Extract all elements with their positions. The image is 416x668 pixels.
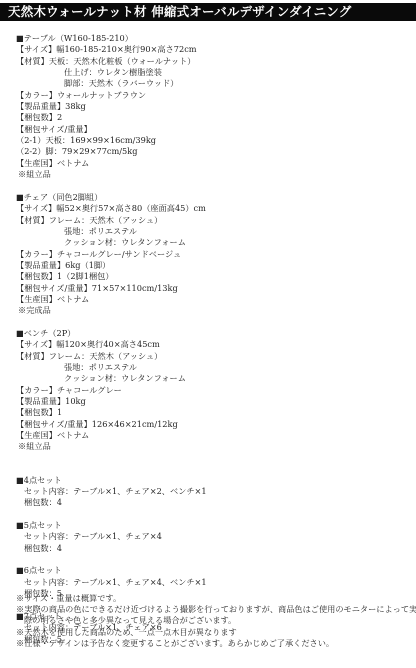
table-pack-1: （2-1）天板：169×99×16cm/39kg	[16, 135, 411, 146]
set-4-section: ■4点セット セット内容：テーブル×1、チェア×2、ベンチ×1 梱包数：4	[16, 475, 411, 509]
table-note: ※組立品	[16, 169, 411, 180]
bench-cushion: クッション材：ウレタンフォーム	[16, 373, 411, 384]
chair-packages: 【梱包数】1（2脚1梱包）	[16, 271, 411, 282]
chair-weight: 【製品重量】6kg（1脚）	[16, 260, 411, 271]
table-pack-2: （2-2）脚：79×29×77cm/5kg	[16, 146, 411, 157]
set-packages: 梱包数：4	[16, 497, 411, 508]
bench-material: 【材質】フレーム：天然木（アッシュ）	[16, 351, 411, 362]
bench-note: ※組立品	[16, 441, 411, 452]
bench-packages: 【梱包数】1	[16, 407, 411, 418]
chair-pack-size: 【梱包サイズ/重量】71×57×110cm/13kg	[16, 283, 411, 294]
table-size: 【サイズ】幅160-185-210×奥行90×高さ72cm	[16, 44, 411, 55]
bench-weight: 【製品重量】10kg	[16, 396, 411, 407]
spacer	[16, 180, 411, 191]
set-packages: 梱包数：4	[16, 543, 411, 554]
note-size-weight: ※サイズ・重量は概算です。	[16, 593, 412, 604]
spacer	[16, 554, 411, 565]
chair-heading: ■チェア（同色2脚組）	[16, 192, 411, 203]
set-contents: セット内容：テーブル×1、チェア×4、ベンチ×1	[16, 577, 411, 588]
chair-color: 【カラー】チャコールグレー/サンドベージュ	[16, 249, 411, 260]
bench-spec-section: ■ベンチ（2P） 【サイズ】幅120×奥行40×高さ45cm 【材質】フレーム：…	[16, 328, 411, 453]
chair-size: 【サイズ】幅52×奥行57×高さ80（座面高45）cm	[16, 203, 411, 214]
set-heading: ■5点セット	[16, 520, 411, 531]
spec-content: ■テーブル（W160-185-210） 【サイズ】幅160-185-210×奥行…	[16, 33, 411, 645]
chair-material: 【材質】フレーム：天然木（アッシュ）	[16, 215, 411, 226]
note-color-cont: 際の明るさや色と多少異なって見える場合がございます。	[16, 615, 412, 626]
set-contents: セット内容：テーブル×1、チェア×2、ベンチ×1	[16, 486, 411, 497]
bench-pack-size: 【梱包サイズ/重量】126×46×21cm/12kg	[16, 419, 411, 430]
chair-origin: 【生産国】ベトナム	[16, 294, 411, 305]
note-spec-change: ※仕様・デザインは予告なく変更することがございます。あらかじめご了承ください。	[16, 638, 412, 649]
chair-spec-section: ■チェア（同色2脚組） 【サイズ】幅52×奥行57×高さ80（座面高45）cm …	[16, 192, 411, 317]
table-heading: ■テーブル（W160-185-210）	[16, 33, 411, 44]
table-pack-size-label: 【梱包サイズ/重量】	[16, 124, 411, 135]
spacer	[16, 453, 411, 475]
spacer	[16, 509, 411, 520]
set-heading: ■6点セット	[16, 565, 411, 576]
table-packages: 【梱包数】2	[16, 112, 411, 123]
chair-note: ※完成品	[16, 305, 411, 316]
table-color: 【カラー】ウォールナットブラウン	[16, 90, 411, 101]
table-finish: 仕上げ：ウレタン樹脂塗装	[16, 67, 411, 78]
table-origin: 【生産国】ベトナム	[16, 158, 411, 169]
page-title: 天然木ウォールナット材 伸縮式オーバルデザインダイニング	[8, 4, 351, 20]
bench-size: 【サイズ】幅120×奥行40×高さ45cm	[16, 339, 411, 350]
set-5-section: ■5点セット セット内容：テーブル×1、チェア×4 梱包数：4	[16, 520, 411, 554]
bench-color: 【カラー】チャコールグレー	[16, 385, 411, 396]
title-bar: 天然木ウォールナット材 伸縮式オーバルデザインダイニング	[0, 3, 416, 21]
bench-origin: 【生産国】ベトナム	[16, 430, 411, 441]
chair-upholstery: 張地：ポリエステル	[16, 226, 411, 237]
spacer	[16, 317, 411, 328]
note-color: ※実際の商品の色にできるだけ近づけるよう撮影を行っておりますが、商品色はご使用の…	[16, 604, 412, 615]
table-material: 【材質】天板：天然木化粧板（ウォールナット）	[16, 56, 411, 67]
bench-heading: ■ベンチ（2P）	[16, 328, 411, 339]
table-spec-section: ■テーブル（W160-185-210） 【サイズ】幅160-185-210×奥行…	[16, 33, 411, 180]
table-weight: 【製品重量】38kg	[16, 101, 411, 112]
set-contents: セット内容：テーブル×1、チェア×4	[16, 531, 411, 542]
disclaimer-notes: ※サイズ・重量は概算です。 ※実際の商品の色にできるだけ近づけるよう撮影を行って…	[16, 593, 412, 649]
table-legs: 脚部：天然木（ラバーウッド）	[16, 78, 411, 89]
note-wood-grain: ※天然木を使用した商品のため、一点一点木目が異なります	[16, 627, 412, 638]
chair-cushion: クッション材：ウレタンフォーム	[16, 237, 411, 248]
set-heading: ■4点セット	[16, 475, 411, 486]
bench-upholstery: 張地：ポリエステル	[16, 362, 411, 373]
